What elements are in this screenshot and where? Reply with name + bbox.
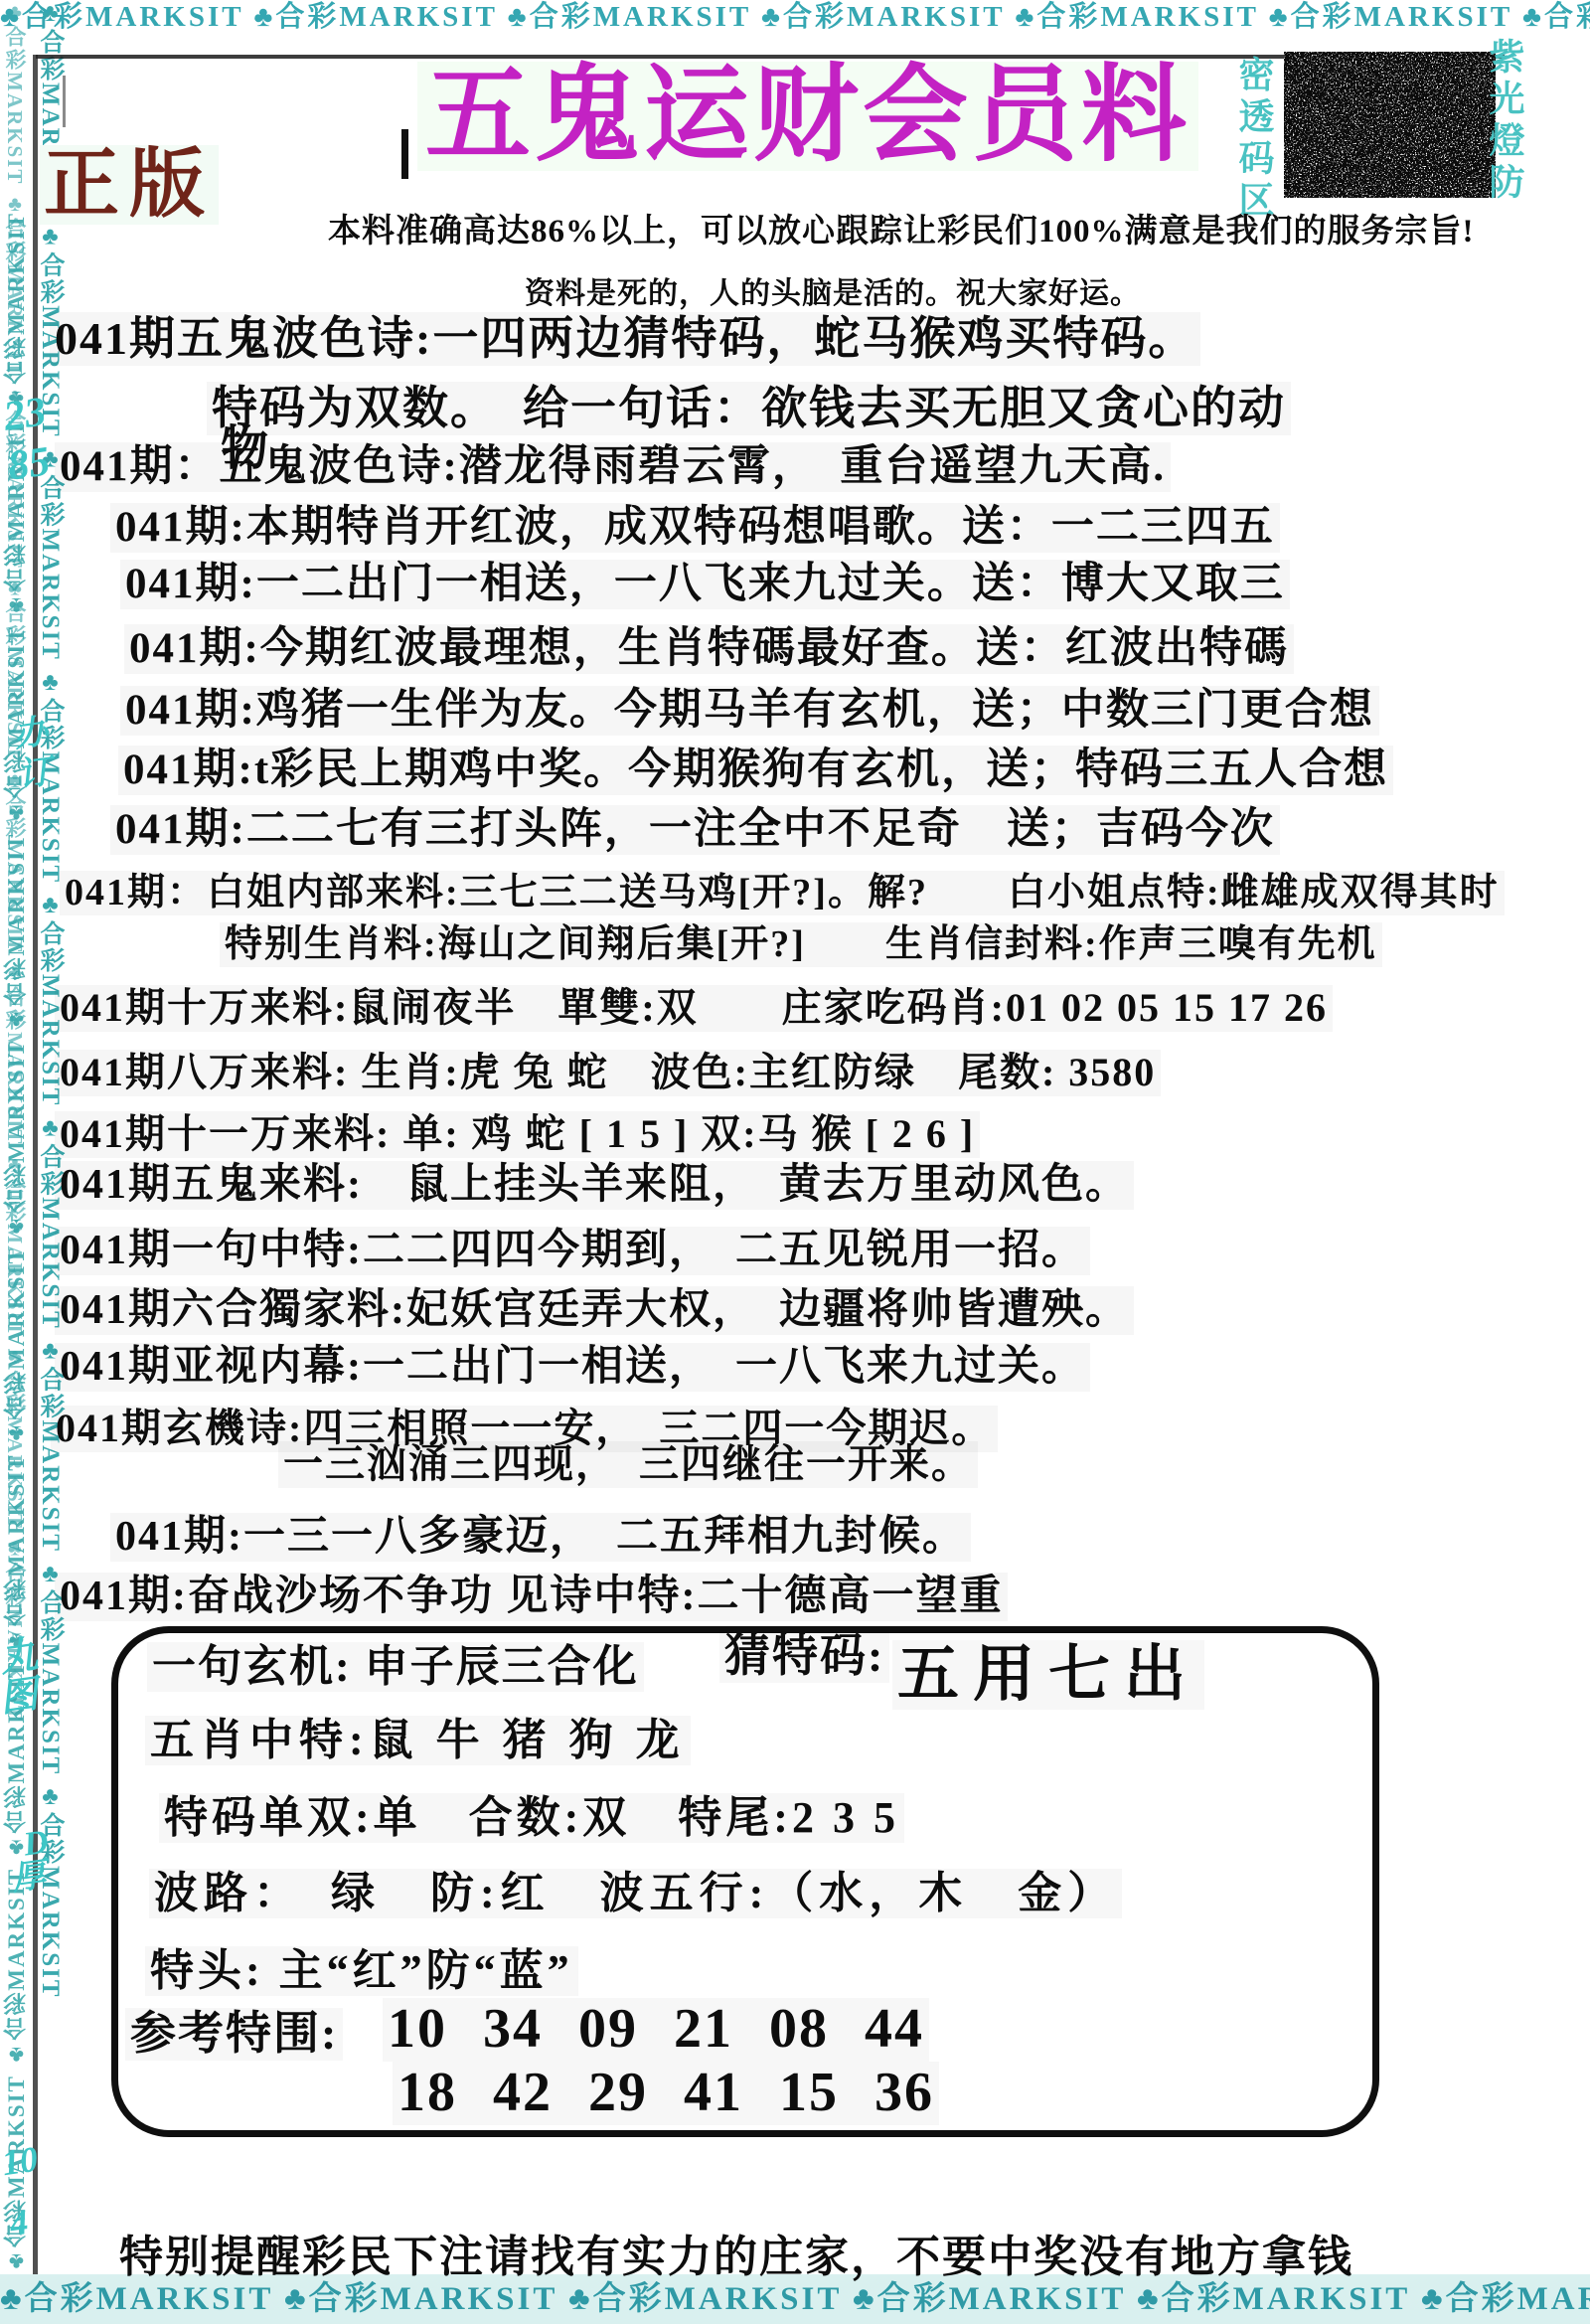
guess-special-value: 五用七出 — [892, 1640, 1204, 1710]
reference-numbers-line1: 10 34 09 21 08 44 — [383, 1998, 929, 2062]
margin-note: 图 — [0, 1676, 40, 1719]
tip-line: 一三汹涌三四现， 三四继往一开来。 — [278, 1441, 978, 1488]
accuracy-tagline: 本料准确高达86%以上，可以放心跟踪让彩民们100%满意是我们的服务宗旨! — [328, 205, 1475, 251]
tip-line: 041期:鸡猪一生伴为友。今期马羊有玄机，送；中数三门更合想 — [120, 686, 1379, 736]
good-luck-tagline: 资料是死的，人的头脑是活的。祝大家好运。 — [525, 268, 1141, 312]
tip-line: 041期五鬼波色诗:一四两边猜特码，蛇马猴鸡买特码。 — [50, 312, 1200, 366]
tip-line: 041期:t彩民上期鸡中奖。今期猴狗有玄机，送；特码三五人合想 — [118, 746, 1393, 795]
mystery-sentence: 一句玄机: 申子辰三合化 — [147, 1642, 644, 1692]
tip-line: 041期：白姐内部来料:三七三二送马鸡[开?]。解? 白小姐点特:雌雄成双得其时 — [60, 871, 1505, 915]
wave-path-row: 波路： 绿 防:红 波五行:（水，木 金） — [149, 1869, 1122, 1918]
tip-line: 041期十一万来料: 单: 鸡 蛇 [ 1 5 ] 双:马 猴 [ 2 6 ] — [55, 1111, 980, 1158]
scan-tick-mark — [63, 76, 66, 127]
tip-line: 041期:奋战沙场不争功 见诗中特:二十德高一望重 — [55, 1573, 1008, 1621]
tip-line: 041期十万来料:鼠闹夜半 單雙:双 庄家吃码肖:01 02 05 15 17 … — [55, 985, 1333, 1032]
watermark-border-top: ♣合彩MARKSIT ♣合彩MARKSIT ♣合彩MARKSIT ♣合彩MARK… — [0, 0, 1590, 36]
margin-note: 丸 — [0, 1636, 40, 1679]
tip-line: 041期一句中特:二二四四今期到， 二五见锐用一招。 — [55, 1227, 1090, 1275]
margin-note: 办 — [12, 716, 50, 753]
security-zone-label: 密透码区 — [1236, 56, 1272, 223]
tip-line: 041期八万来料: 生肖:虎 兔 蛇 波色:主红防绿 尾数: 3580 — [55, 1050, 1161, 1096]
anti-counterfeit-noise-block — [1284, 52, 1496, 198]
edition-label: 正版 — [40, 145, 219, 225]
tip-line: 特码为双数。 给一句话：欲钱去买无胆又贪心的动 — [207, 382, 1291, 435]
margin-note: 订 — [16, 755, 54, 793]
tip-line: 041期:一三一八多豪迈， 二五拜相九封候。 — [110, 1513, 971, 1562]
page-title: 五鬼运财会员料 — [417, 62, 1198, 171]
tip-line: 041期:二二七有三打头阵，一注全中不足奇 送；吉码今次 — [110, 805, 1280, 855]
reference-numbers-label: 参考特围: — [125, 2008, 343, 2061]
tip-line: 特别生肖料:海山之间翔后集[开?] 生肖信封料:作声三嗅有先机 — [220, 922, 1382, 967]
reference-numbers-line2: 18 42 29 41 15 36 — [393, 2062, 939, 2125]
tip-line: 041期六合獨家料:妃妖宫廷弄大权， 边疆将帅皆遭殃。 — [55, 1286, 1134, 1335]
tip-line: 041期:今期红波最理想，生肖特碼最好查。送：红波出特碼 — [124, 624, 1294, 674]
tip-line: 041期:本期特肖开红波，成双特码想唱歌。送：一二三四五 — [110, 503, 1280, 553]
footer-reminder: 特别提醒彩民下注请找有实力的庄家，不要中奖没有地方拿钱 — [119, 2221, 1353, 2284]
odd-even-row: 特码单双:单 合数:双 特尾:2 3 5 — [159, 1793, 904, 1843]
margin-note: 85 — [5, 440, 52, 487]
uv-lamp-protection-label: 紫光燈防 — [1487, 38, 1522, 205]
tip-line: 041期五鬼来料: 鼠上挂头羊来阻， 黄去万里动风色。 — [55, 1161, 1134, 1210]
tip-line: 041期:一二出门一相送，一八飞来九过关。送：博大又取三 — [120, 560, 1290, 609]
watermark-column-inner: ♣合彩MARKSIT ♣合彩MARKSIT ♣合彩MARKSIT ♣合彩MARK… — [0, 0, 30, 2324]
tip-line: 041期亚视内幕:一二出门一相送， 一八飞来九过关。 — [55, 1343, 1090, 1392]
margin-note: 10 — [0, 2141, 40, 2182]
margin-note: 厚 — [10, 1859, 48, 1897]
five-zodiac-row: 五肖中特:鼠 牛 猪 狗 龙 — [145, 1716, 691, 1765]
margin-note: 23 — [1, 391, 48, 437]
title-left-bar — [401, 129, 408, 179]
special-head-row: 特头: 主“红”防“蓝” — [145, 1946, 578, 1996]
guess-special-label: 猜特码: — [719, 1630, 889, 1683]
wrapped-character: 物 — [221, 425, 268, 473]
